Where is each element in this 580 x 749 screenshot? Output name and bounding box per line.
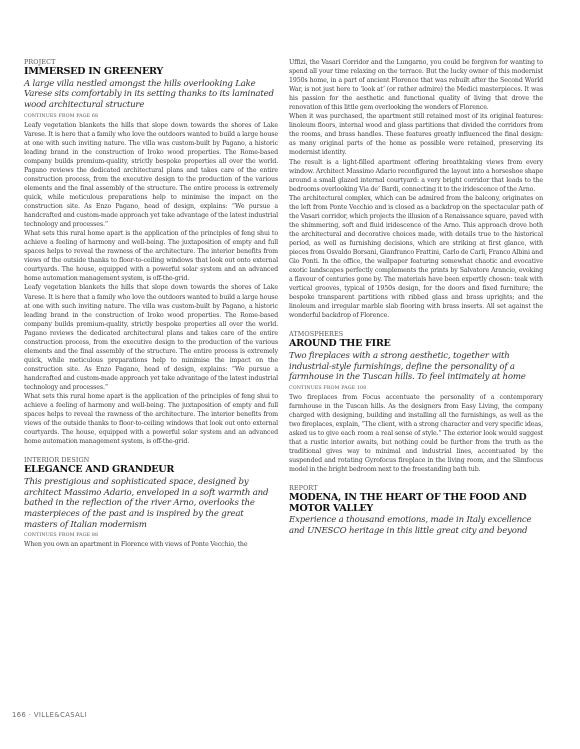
body-paragraph: The result is a light-filled apartment o… (289, 158, 543, 194)
body-paragraph: What sets this rural home apart is the a… (24, 392, 278, 446)
article-standfirst: A large villa nestled amongst the hills … (24, 79, 278, 111)
section-kicker: Atmospheres (289, 330, 543, 338)
continues-from-label: Continues from page 68 (24, 113, 278, 121)
continues-from-label: Continues from page 108 (289, 385, 543, 393)
body-paragraph: The architectural complex, which can be … (289, 194, 543, 321)
right-column: Uffizi, the Vasari Corridor and the Lung… (289, 58, 543, 539)
section-spacer (289, 474, 543, 484)
body-paragraph: When you own an apartment in Florence wi… (24, 540, 278, 549)
section-spacer (24, 446, 278, 456)
article-standfirst: This prestigious and sophisticated space… (24, 477, 278, 531)
article-elegance-and-grandeur: Interior design Elegance and grandeur Th… (24, 456, 278, 549)
section-spacer (289, 320, 543, 330)
article-headline: Modena, in the heart of the Food and Mot… (289, 493, 543, 514)
article-headline: Elegance and grandeur (24, 465, 278, 476)
continues-from-label: Continues from page 88 (24, 532, 278, 540)
article-modena: Report Modena, in the heart of the Food … (289, 484, 543, 536)
left-column: Project Immersed in greenery A large vil… (24, 58, 278, 549)
article-headline: Immersed in greenery (24, 67, 278, 78)
article-around-the-fire: Atmospheres Around the fire Two fireplac… (289, 330, 543, 474)
body-paragraph: Uffizi, the Vasari Corridor and the Lung… (289, 58, 543, 112)
article-standfirst: Experience a thousand emotions, made in … (289, 515, 543, 536)
body-paragraph: Leafy vegetation blankets the hills that… (24, 283, 278, 392)
article-immersed-in-greenery: Project Immersed in greenery A large vil… (24, 58, 278, 446)
page-footer-folio: 166 · VILLE&CASALI (12, 711, 87, 719)
article-standfirst: Two fireplaces with a strong aesthetic, … (289, 351, 543, 383)
section-kicker: Interior design (24, 456, 278, 464)
section-kicker: Report (289, 484, 543, 492)
body-paragraph: Two fireplaces from Focus accentuate the… (289, 393, 543, 474)
article-elegance-continued: Uffizi, the Vasari Corridor and the Lung… (289, 58, 543, 320)
body-paragraph: When it was purchased, the apartment sti… (289, 112, 543, 157)
article-headline: Around the fire (289, 339, 543, 350)
section-kicker: Project (24, 58, 278, 66)
body-paragraph: What sets this rural home apart is the a… (24, 229, 278, 283)
body-paragraph: Leafy vegetation blankets the hills that… (24, 121, 278, 230)
